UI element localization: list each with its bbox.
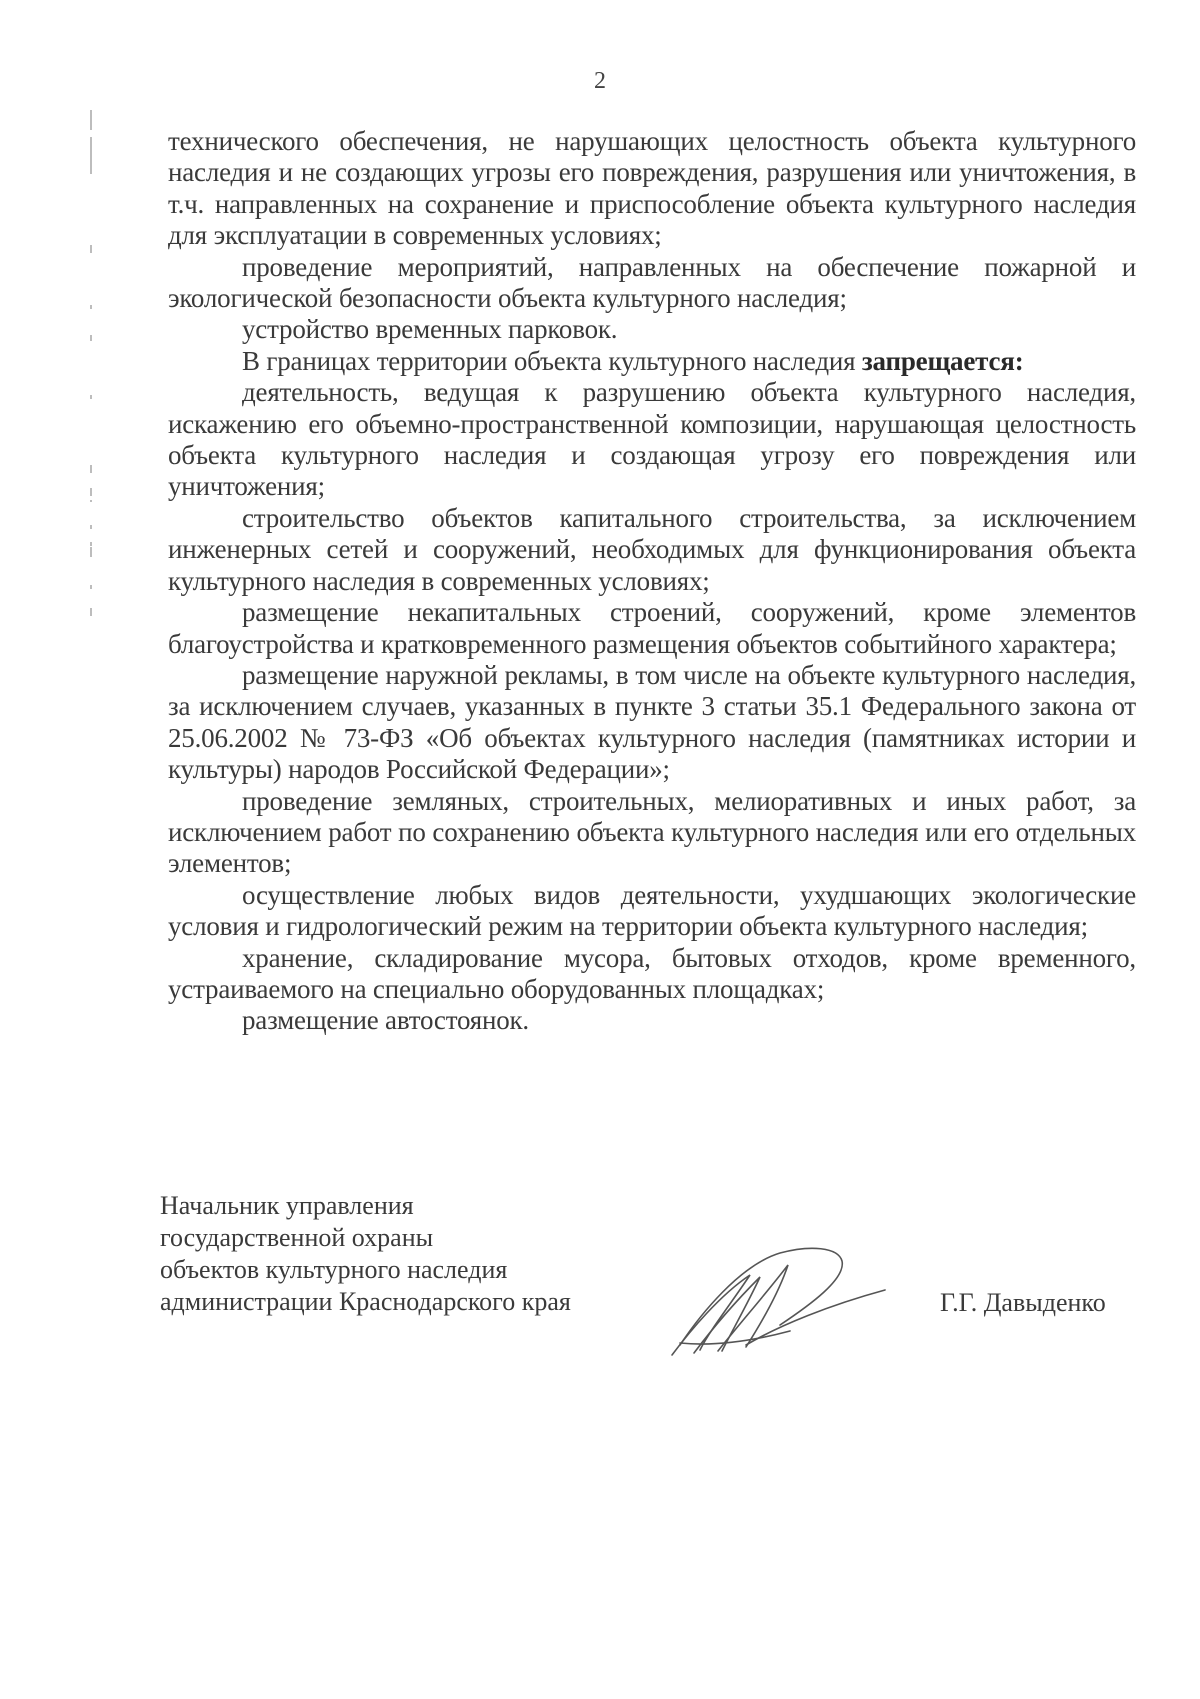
paragraph: осуществление любых видов деятельности, … [168, 880, 1136, 943]
paragraph: проведение мероприятий, направленных на … [168, 252, 1136, 315]
handwritten-signature-icon [660, 1235, 890, 1365]
paragraph: устройство временных парковок. [168, 314, 1136, 345]
paragraph-prohibited-heading: В границах территории объекта культурног… [168, 346, 1136, 377]
signatory-name: Г.Г. Давыденко [940, 1288, 1106, 1318]
paragraph: хранение, складирование мусора, бытовых … [168, 943, 1136, 1006]
paragraph: размещение некапитальных строений, соору… [168, 597, 1136, 660]
paragraph: технического обеспечения, не нарушающих … [168, 126, 1136, 252]
position-line: администрации Краснодарского края [160, 1286, 571, 1318]
position-line: Начальник управления [160, 1190, 571, 1222]
paragraph: строительство объектов капитального стро… [168, 503, 1136, 597]
prohibited-label: запрещается: [862, 346, 1024, 376]
page-number: 2 [0, 68, 1200, 95]
position-line: объектов культурного наследия [160, 1254, 571, 1286]
paragraph: размещение наружной рекламы, в том числе… [168, 660, 1136, 786]
paragraph-text: В границах территории объекта культурног… [242, 346, 862, 376]
position-line: государственной охраны [160, 1222, 571, 1254]
document-body: технического обеспечения, не нарушающих … [168, 126, 1136, 1037]
paragraph: проведение земляных, строительных, мелио… [168, 786, 1136, 880]
paragraph: деятельность, ведущая к разрушению объек… [168, 377, 1136, 503]
paragraph: размещение автостоянок. [168, 1005, 1136, 1036]
signatory-position: Начальник управления государственной охр… [160, 1190, 571, 1318]
scan-margin-marks [90, 0, 94, 1699]
